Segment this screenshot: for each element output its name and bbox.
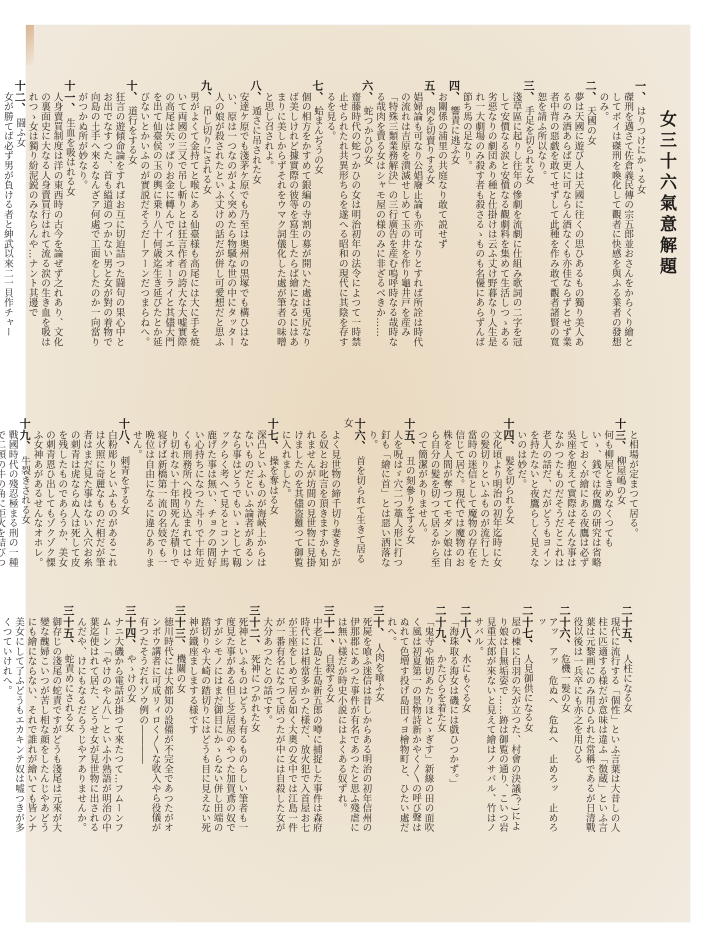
entry-heading-label: かたびらを着た女 bbox=[435, 654, 446, 732]
entry: 十三、柳屋嶋の女何も柳屋ときめなくつてもいゝ、銭では夜鷹の研究は省略しておくが繪… bbox=[514, 418, 626, 570]
entry-body: 徳川時代には大都知の設備が不完全であつたがオンボウ講者に可成リィロく〱な收入やら… bbox=[136, 605, 173, 835]
entry-number: 二十六 bbox=[558, 605, 571, 639]
entry-number: 二十七 bbox=[521, 605, 534, 639]
entry-separator: 、 bbox=[173, 639, 186, 650]
entry-number: 十三 bbox=[614, 418, 627, 440]
entry-body: 白粉彫りといふものがあるこれは火照に奇麗なものだ相だが筆者はまだ見た事はない入穴… bbox=[30, 418, 117, 570]
entry-body: 磔刑を邁さて佐倉義民傳の宗五郎並おさんをからくり繪としてボイは磔刑を喚化して觀者… bbox=[596, 80, 633, 348]
entry-body: 女が勝てば必ず男が負ける者と紳武以來二一貝作チャー bbox=[0, 80, 12, 348]
entry-number: 三十一 bbox=[322, 605, 335, 639]
entry: 二十八、水にもぐる女「海珠取る海女は磯には戲ひつかず。」 bbox=[446, 605, 471, 835]
entry-number: 十七 bbox=[266, 418, 279, 440]
entry-heading: 十二、闘ふ女 bbox=[13, 80, 25, 348]
entry-separator: 、 bbox=[614, 440, 627, 451]
text-band-top: 女三十六氣意解題 一、はりつけにかゝる女磔刑を邁さて佐倉義民傳の宗五郎並おさんを… bbox=[62, 80, 672, 348]
entry: 三十一、自殺する女中老江島と生島新五郎の噂に捕捉した事件は森府時代には相當多かつ… bbox=[260, 605, 334, 835]
entry-heading: 三十、人肉を喰ふ女 bbox=[371, 605, 383, 835]
entry-heading-label: 闘ふ女 bbox=[14, 118, 25, 147]
entry-heading: 二十七、人見御供になる女 bbox=[520, 605, 532, 835]
entry-number: 二 bbox=[584, 80, 597, 91]
entry-body: 人身賣買制度は洋の東西時の古今を論ぜず之れあり、文化の裏面史に大なる人身賣買行は… bbox=[25, 80, 62, 348]
entry-separator: 、 bbox=[117, 440, 130, 451]
entry-number: 五 bbox=[423, 80, 436, 91]
entry-body: 何も柳屋ときめなくつてもいゝ、銭では夜鷹の研究は省略しておくが繪にある夜鷹は必ず… bbox=[514, 418, 613, 570]
entry-body: 個の相方をかすめて銀編の寺割の募が開いた處は兎尻なりば美しけれど據實際の彼等を寫… bbox=[261, 80, 311, 348]
entry-number: 九 bbox=[199, 80, 212, 91]
entry-heading-label: 生血を吸はれる女 bbox=[64, 118, 75, 196]
entry-heading-label: 牛裂きされる女 bbox=[19, 456, 30, 525]
entry: 九、吊し切りにされる女男がよくて金持てと喉にある仙臺様も高尾には大に手を焼いて両… bbox=[137, 80, 211, 348]
entry-heading: 六、蛇つかひの女 bbox=[360, 80, 372, 348]
entry-body: 淺草區に起りし往年の慘劇を流劇に仕組み歌詞の二字を冠して安價なる涙と安價なる觀劇… bbox=[460, 80, 522, 348]
entry-heading-label: 髪を切られる女 bbox=[503, 456, 514, 525]
document-title: 女三十六氣意解題 bbox=[660, 110, 672, 348]
entry-body: お關係の浦里の共庭なり敢て説せず bbox=[435, 80, 447, 348]
entry: 十八、刺青をする女白粉彫りといふものがあるこれは火照に奇麗なものだ相だが筆者はま… bbox=[30, 418, 129, 570]
entry-number: 十二 bbox=[13, 80, 26, 102]
entry-heading: 三十三、機關の女 bbox=[173, 605, 185, 835]
entry-number: 三十五 bbox=[62, 605, 75, 639]
entry-heading: 三十一、自殺する女 bbox=[322, 605, 334, 835]
continuation-text: と相場が定まつて居る。 bbox=[626, 418, 638, 570]
entry-body: 狂言の遊傾命論をすればお互に切迫詰つた闘句の果心中とお出でなすつた、首も縊道のつ… bbox=[75, 80, 125, 348]
entry-heading: 三十二、死神につかれた女 bbox=[247, 605, 259, 835]
entry-separator: 、 bbox=[459, 639, 472, 650]
entry-heading-label: 肉を切賣りする女 bbox=[424, 106, 435, 184]
entry-heading: 三十五、蛇責めにされる女 bbox=[61, 605, 73, 835]
entry-heading-label: 響責に逃ふ女 bbox=[449, 106, 460, 165]
entry: 四、響責に逃ふ女お關係の浦里の共庭なり敢て説せず bbox=[435, 80, 460, 348]
entry-number: 十六 bbox=[353, 418, 366, 440]
entry: 二十五、人柱になる女現代に流行する「個性」といふ言葉は大昔しの人柱に匹適する様だ… bbox=[570, 605, 632, 835]
entry-heading: 十七、操を奪はる女 bbox=[266, 418, 278, 570]
entry-heading-label: 手足を切られる女 bbox=[523, 106, 534, 184]
entry: 三十三、機關の女徳川時代には大都知の設備が不完全であつたがオンボウ講者に可成リィ… bbox=[136, 605, 186, 835]
entry-separator: 、 bbox=[502, 440, 515, 451]
entry-number: 二十五 bbox=[620, 605, 633, 639]
entry-body: ナニ大磯から電話が掛つて來たつて…フムーンフムーン「やけのやん八」といふ小熟語が… bbox=[74, 605, 124, 835]
entry-body: 夢は天國に遊び人は天國に往くの思ひあるもの獨り美人あるのみ酒あらば更に可ならん酒… bbox=[534, 80, 584, 348]
entry-body: 男がよくて金持てと喉にある仙臺様も高尾には大に手を焼いて両國の三又で吊し斬りとは… bbox=[137, 80, 199, 348]
entry-separator: 、 bbox=[372, 627, 385, 638]
entry-separator: 、 bbox=[249, 91, 262, 102]
entries-top: 一、はりつけにかゝる女磔刑を邁さて佐倉義民傳の宗五郎並おさんをからくり繪としてボ… bbox=[0, 80, 645, 348]
entry-heading-label: 水にもぐる女 bbox=[460, 654, 471, 713]
entry-number: 十八 bbox=[117, 418, 130, 440]
entry-number: 三十 bbox=[372, 605, 385, 627]
entry: 十六、首を切られて生きて居る女よく見世物の締千切り妻きたがる奴とお叱言を頂きます… bbox=[278, 418, 365, 570]
entry-heading: 十一、生血を吸はれる女 bbox=[63, 80, 75, 348]
entry-number: 三十三 bbox=[173, 605, 186, 639]
entry-body: 屋の棟に白羽の矢が立つた、村會の決議(？)により娘は自無垢姿で……跡は御覧の通り… bbox=[471, 605, 521, 835]
entry: 三、手足を切られる女淺草區に起りし往年の慘劇を流劇に仕組み歌詞の二字を冠して安價… bbox=[460, 80, 534, 348]
entry-heading: 九、吊し切りにされる女 bbox=[199, 80, 211, 348]
entry: 三十五、蛇責めにされる女御存じの淺尾の蛇責ですがどうも淺尾は元來が大變な醜婦こい… bbox=[0, 605, 74, 835]
entry: 五、肉を切賣りする女娼婦論も可なり公娼廢止論も亦可なりとすれば所詮は時代の流れは… bbox=[373, 80, 435, 348]
entry-heading-label: 柳屋嶋の女 bbox=[615, 456, 626, 505]
entry-separator: 、 bbox=[403, 440, 416, 451]
entry-heading: 三十四、やゝけの女 bbox=[123, 605, 135, 835]
entry-heading-label: 道行をする女 bbox=[126, 106, 137, 165]
entry-heading-label: 天國の女 bbox=[585, 106, 596, 145]
entry-heading-label: 危機一髪の女 bbox=[559, 654, 570, 713]
entry-number: 十九 bbox=[18, 418, 31, 440]
entry-separator: 、 bbox=[353, 440, 366, 451]
entry-body: 娼婦論も可なり公娼廢止論も亦可なりとすれば所詮は時代の流れは吉原を潰滅せしめて玉… bbox=[373, 80, 423, 348]
entry-heading-label: 人肉を喰ふ女 bbox=[373, 643, 384, 702]
entry-heading-label: 蛤まんぢうの女 bbox=[312, 106, 323, 175]
entry-heading: 二十六、危機一髪の女 bbox=[558, 605, 570, 835]
entry-body: 「鬼寺や姫切あたりほとゝぎす」新線の田の面吹く風は初夏第一の景物詩新かやく〱の呼… bbox=[384, 605, 434, 835]
entry-heading-label: 吊し切りにされる女 bbox=[200, 106, 211, 194]
entry-heading: 八、遁さに吊された女 bbox=[249, 80, 261, 348]
entry-heading-label: 操を奪はる女 bbox=[267, 456, 278, 515]
entry-body: 深凸といふものが海峽上からはないものだといふ論者があるンなら事はどうでもいゝとし… bbox=[129, 418, 265, 570]
entry-body: 安達ケ原でも淺茅ケ原でも乃至は奥州の黒塚でも構ひはない、原は一つなのがよく突めた… bbox=[211, 80, 248, 348]
entry-separator: 、 bbox=[322, 639, 335, 650]
entry: 十一、生血を吸はれる女人身賣買制度は洋の東西時の古今を論ぜず之れあり、文化の裏面… bbox=[25, 80, 75, 348]
entry-body: 人を呪はゞ穴二つ藁人形に打つ釘も「繪に首」とは惡い洒落なり。 bbox=[365, 418, 402, 570]
entry-heading-label: やゝけの女 bbox=[125, 654, 136, 703]
entry-heading-label: 蛇責めにされる女 bbox=[63, 654, 74, 732]
entry: 二十九、かたびらを着た女「鬼寺や姫切あたりほとゝぎす」新線の田の面吹く風は初夏第… bbox=[384, 605, 446, 835]
entry-separator: 、 bbox=[62, 639, 75, 650]
entry-separator: 、 bbox=[199, 91, 212, 102]
entry-separator: 、 bbox=[634, 91, 647, 102]
entry-body: 死神といふものはどうも有るものらしい筆者も一度見た事がある但し芝居屋のやつた加賀… bbox=[185, 605, 247, 835]
entry-heading-label: 人見御供になる女 bbox=[522, 654, 533, 732]
entry: 十九、牛裂きされる女戰國時代の殘忍極まる刑の一種で二頭の牛の角に炬火を結びつけ女… bbox=[0, 418, 30, 570]
entry-heading-label: 人柱になる女 bbox=[621, 654, 632, 713]
entry-number: 十一 bbox=[63, 80, 76, 102]
entry-separator: 、 bbox=[13, 102, 26, 113]
entry-number: 七 bbox=[311, 80, 324, 91]
entry-separator: 、 bbox=[558, 639, 571, 650]
entry-separator: 、 bbox=[124, 639, 137, 650]
entry-heading-label: 死神につかれた女 bbox=[249, 654, 260, 732]
entry-body: 中老江島と生島新五郎の噂に捕捉した事件は森府時代には相當多かつた様だ、放火犯で入… bbox=[260, 605, 322, 835]
entry-body: 戰國時代の殘忍極まる刑の一種で二頭の牛の角に炬火を結びつけ女の手足を牛に縛りつけ… bbox=[0, 418, 18, 570]
entry-separator: 、 bbox=[311, 91, 324, 102]
entry-heading: 二十九、かたびらを着た女 bbox=[434, 605, 446, 835]
entry-number: 一 bbox=[634, 80, 647, 91]
entry-separator: 、 bbox=[63, 102, 76, 113]
document-page: 女三十六氣意解題 一、はりつけにかゝる女磔刑を邁さて佐倉義民傳の宗五郎並おさんを… bbox=[26, 25, 690, 922]
entry-body: 死屍を喰ふ迷信は昔しからある明治の初年信州の伊那郡にあつた事件が有名であつたと思… bbox=[334, 605, 371, 835]
entry-heading-label: はりつけにかゝる女 bbox=[635, 106, 646, 194]
entry: 七、蛤まんぢうの女個の相方をかすめて銀編の寺割の募が開いた處は兎尻なりば美しけれ… bbox=[261, 80, 323, 348]
entry-separator: 、 bbox=[248, 639, 261, 650]
entry-body: 御存じの淺尾の蛇責ですがどうも淺尾は元來が大變な醜婦こいつが苦し相な顔をしたんじ… bbox=[0, 605, 61, 835]
entry: 八、遁さに吊された女安達ケ原でも淺茅ケ原でも乃至は奥州の黒塚でも構ひはない、原は… bbox=[211, 80, 261, 348]
entry-number: 二十九 bbox=[434, 605, 447, 639]
text-band-middle: と相場が定まつて居る。 十三、柳屋嶋の女何も柳屋ときめなくつてもいゝ、銭では夜鷹… bbox=[58, 418, 638, 570]
entry-heading-label: 自殺する女 bbox=[323, 654, 334, 703]
entry: 十二、闘ふ女女が勝てば必ず男が負ける者と紳武以來二一貝作チャー bbox=[0, 80, 25, 348]
entry: 三十、人肉を喰ふ女死屍を喰ふ迷信は昔しからある明治の初年信州の伊那郡にあつた事件… bbox=[334, 605, 384, 835]
entry-separator: 、 bbox=[620, 639, 633, 650]
entry: 二十七、人見御供になる女屋の棟に白羽の矢が立つた、村會の決議(？)により娘は自無… bbox=[471, 605, 533, 835]
entry-heading-label: 刺青をする女 bbox=[118, 456, 129, 515]
entry-heading: 一、はりつけにかゝる女 bbox=[633, 80, 645, 348]
entry-heading: 十六、首を切られて生きて居る女 bbox=[340, 418, 365, 570]
entry-body: よく見世物の締千切り妻きたがる奴とお叱言を頂きますかも知れませんが坊間の見世物に… bbox=[278, 418, 340, 570]
entry-separator: 、 bbox=[434, 639, 447, 650]
entry: 二、天國の女夢は天國に遊び人は天國に往くの思ひあるもの獨り美人あるのみ酒あらば更… bbox=[534, 80, 596, 348]
entry-separator: 、 bbox=[521, 639, 534, 650]
entry-separator: 、 bbox=[361, 91, 374, 102]
entry-heading-label: 丑の刻參りをする女 bbox=[404, 456, 415, 544]
entry-number: 八 bbox=[249, 80, 262, 91]
entry-heading: 十九、牛裂きされる女 bbox=[18, 418, 30, 570]
entry-body: 文化頃より明治の初年迄時に女の髪切りといふものが流行した當時の迷信として魔物の存… bbox=[415, 418, 502, 570]
entry-heading: 四、響責に逃ふ女 bbox=[447, 80, 459, 348]
entry-body: 現代に流行する「個性」といふ言葉は大昔しの人柱に匹適する様だが意味は違ふ「徴蔵」… bbox=[570, 605, 620, 835]
entry-separator: 、 bbox=[522, 91, 535, 102]
entries-middle: 十三、柳屋嶋の女何も柳屋ときめなくつてもいゝ、銭では夜鷹の研究は省略しておくが繪… bbox=[0, 418, 626, 570]
entry-number: 四 bbox=[448, 80, 461, 91]
entry-heading: 十八、刺青をする女 bbox=[117, 418, 129, 570]
entries-bottom: 二十五、人柱になる女現代に流行する「個性」といふ言葉は大昔しの人柱に匹適する様だ… bbox=[0, 605, 632, 835]
entry-number: 六 bbox=[361, 80, 374, 91]
entry: 三十四、やゝけの女ナニ大磯から電話が掛つて來たつて…フムーンフムーン「やけのやん… bbox=[74, 605, 136, 835]
entry-separator: 、 bbox=[423, 91, 436, 102]
entry-number: 二十八 bbox=[459, 605, 472, 639]
text-band-bottom: 二十五、人柱になる女現代に流行する「個性」といふ言葉は大昔しの人柱に匹適する様だ… bbox=[62, 605, 632, 835]
entry: 三十二、死神につかれた女死神といふものはどうも有るものらしい筆者も一度見た事があ… bbox=[185, 605, 259, 835]
entry-separator: 、 bbox=[125, 91, 138, 102]
entry-number: 三 bbox=[522, 80, 535, 91]
entry: 十、道行をする女狂言の遊傾命論をすればお互に切迫詰つた闘句の果心中とお出でなすつ… bbox=[75, 80, 137, 348]
entry-heading: 七、蛤まんぢうの女 bbox=[311, 80, 323, 348]
entry: 二十六、危機一髪の女アッ アッ 危ぬへ 危ねへ 止めろッ 止めろッ bbox=[533, 605, 570, 835]
entry-heading: 二、天國の女 bbox=[584, 80, 596, 348]
entry-separator: 、 bbox=[584, 91, 597, 102]
entry-body: 齋藤時代の蛇つかひの女は明治初年の法令によつて一時禁止せられたれ共異形ちらを遂へ… bbox=[323, 80, 360, 348]
entry: 六、蛇つかひの女齋藤時代の蛇つかひの女は明治初年の法令によつて一時禁止せられたれ… bbox=[323, 80, 373, 348]
entry-number: 十五 bbox=[403, 418, 416, 440]
entry-heading: 十、道行をする女 bbox=[125, 80, 137, 348]
entry-heading: 十四、髪を切られる女 bbox=[502, 418, 514, 570]
entry-heading-label: 蛇つかひの女 bbox=[362, 106, 373, 165]
entry-separator: 、 bbox=[18, 440, 31, 451]
entry-heading-label: 遁さに吊された女 bbox=[250, 106, 261, 184]
entry-number: 三十二 bbox=[248, 605, 261, 639]
entry-heading-label: 機關の女 bbox=[174, 654, 185, 693]
entry-body: 「海珠取る海女は磯には戲ひつかず。」 bbox=[446, 605, 458, 835]
entry: 十四、髪を切られる女文化頃より明治の初年迄時に女の髪切りといふものが流行した當時… bbox=[415, 418, 514, 570]
entry-heading: 三、手足を切られる女 bbox=[522, 80, 534, 348]
entry-body: アッ アッ 危ぬへ 危ねへ 止めろッ 止めろッ bbox=[533, 605, 558, 835]
entry-heading: 五、肉を切賣りする女 bbox=[422, 80, 434, 348]
entry-number: 三十四 bbox=[124, 605, 137, 639]
entry: 十七、操を奪はる女深凸といふものが海峽上からはないものだといふ論者があるンなら事… bbox=[129, 418, 278, 570]
entry-number: 十四 bbox=[502, 418, 515, 440]
entry-heading: 十三、柳屋嶋の女 bbox=[613, 418, 625, 570]
entry-heading: 十五、丑の刻參りをする女 bbox=[402, 418, 414, 570]
entry-heading: 二十八、水にもぐる女 bbox=[458, 605, 470, 835]
entry: 十五、丑の刻參りをする女人を呪はゞ穴二つ藁人形に打つ釘も「繪に首」とは惡い洒落な… bbox=[365, 418, 415, 570]
entry-heading: 二十五、人柱になる女 bbox=[620, 605, 632, 835]
entry-number: 十 bbox=[125, 80, 138, 91]
entry-separator: 、 bbox=[266, 440, 279, 451]
entry-separator: 、 bbox=[448, 91, 461, 102]
entry: 一、はりつけにかゝる女磔刑を邁さて佐倉義民傳の宗五郎並おさんをからくり繪としてボ… bbox=[596, 80, 646, 348]
